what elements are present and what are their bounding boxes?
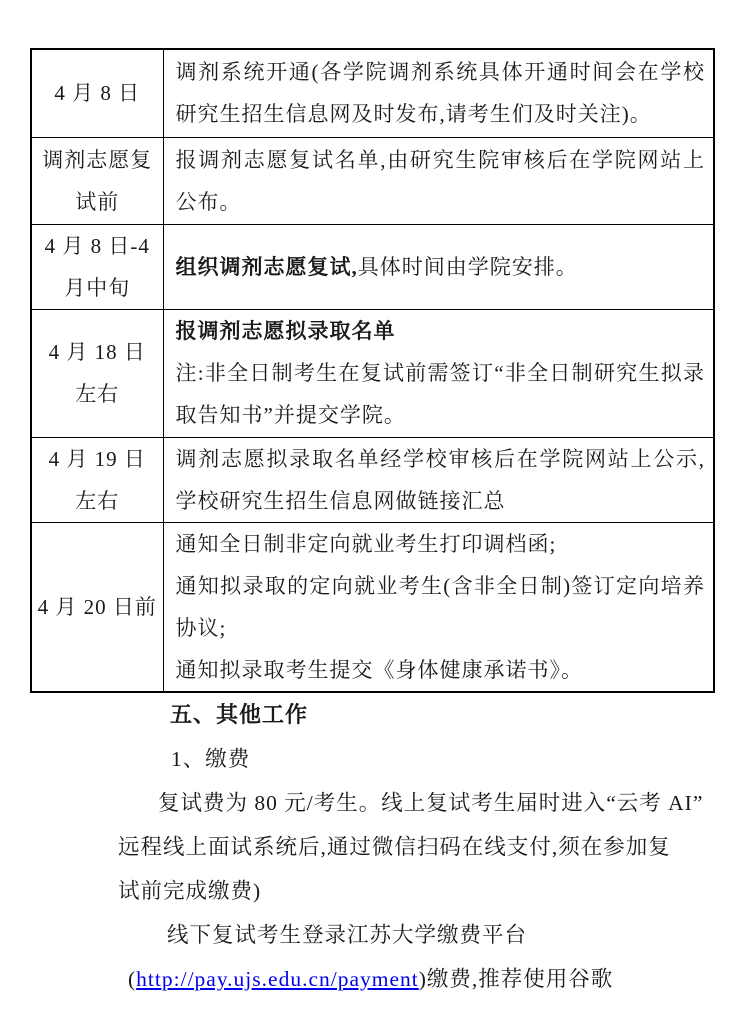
- schedule-content-cell: 报调剂志愿拟录取名单 注:非全日制考生在复试前需签订“非全日制研究生拟录取告知书…: [163, 309, 714, 437]
- date-line: 4 月 20 日前: [34, 586, 161, 628]
- date-line: 左右: [34, 373, 161, 415]
- schedule-date-cell: 4 月 20 日前: [31, 522, 163, 692]
- schedule-text-note: 注:非全日制考生在复试前需签订“非全日制研究生拟录取告知书”并提交学院。: [176, 352, 706, 436]
- table-row: 4 月 18 日 左右 报调剂志愿拟录取名单 注:非全日制考生在复试前需签订“非…: [31, 309, 714, 437]
- schedule-text: 报调剂志愿复试名单,由研究生院审核后在学院网站上公布。: [176, 139, 706, 223]
- payment-paragraph-line: 试前完成缴费): [118, 869, 662, 913]
- schedule-text-item: 通知拟录取考生提交《身体健康承诺书》。: [176, 649, 706, 691]
- subsection-heading-payment: 1、缴费: [118, 737, 662, 781]
- payment-paragraph-line: 复试费为 80 元/考生。线上复试考生届时进入“云考 AI”: [118, 781, 662, 825]
- schedule-date-cell: 4 月 18 日 左右: [31, 309, 163, 437]
- schedule-content-cell: 通知全日制非定向就业考生打印调档函; 通知拟录取的定向就业考生(含非全日制)签订…: [163, 522, 714, 692]
- url-suffix-text: )缴费,推荐使用谷歌: [419, 967, 614, 991]
- date-line: 左右: [34, 480, 161, 522]
- schedule-content-cell: 报调剂志愿复试名单,由研究生院审核后在学院网站上公布。: [163, 137, 714, 224]
- schedule-text-rest: 具体时间由学院安排。: [358, 255, 578, 279]
- table-row: 4 月 8 日 调剂系统开通(各学院调剂系统具体开通时间会在学校研究生招生信息网…: [31, 49, 714, 137]
- schedule-text: 调剂系统开通(各学院调剂系统具体开通时间会在学校研究生招生信息网及时发布,请考生…: [176, 51, 706, 135]
- schedule-text: 调剂志愿拟录取名单经学校审核后在学院网站上公示,学校研究生招生信息网做链接汇总: [176, 438, 706, 522]
- date-line: 调剂志愿复: [34, 139, 161, 181]
- offline-payment-line: 线下复试考生登录江苏大学缴费平台: [118, 913, 662, 957]
- date-line: 4 月 8 日-4: [34, 225, 161, 267]
- schedule-content-cell: 调剂系统开通(各学院调剂系统具体开通时间会在学校研究生招生信息网及时发布,请考生…: [163, 49, 714, 137]
- url-prefix-paren: (: [128, 967, 136, 991]
- payment-paragraph-line: 远程线上面试系统后,通过微信扫码在线支付,须在参加复: [118, 825, 662, 869]
- schedule-text-heading: 报调剂志愿拟录取名单: [176, 310, 706, 352]
- date-line: 4 月 8 日: [34, 72, 161, 114]
- table-row: 4 月 8 日-4 月中旬 组织调剂志愿复试,具体时间由学院安排。: [31, 224, 714, 309]
- table-row: 4 月 20 日前 通知全日制非定向就业考生打印调档函; 通知拟录取的定向就业考…: [31, 522, 714, 692]
- schedule-content-cell: 组织调剂志愿复试,具体时间由学院安排。: [163, 224, 714, 309]
- table-row: 调剂志愿复 试前 报调剂志愿复试名单,由研究生院审核后在学院网站上公布。: [31, 137, 714, 224]
- date-line: 4 月 18 日: [34, 331, 161, 373]
- schedule-content-cell: 调剂志愿拟录取名单经学校审核后在学院网站上公示,学校研究生招生信息网做链接汇总: [163, 437, 714, 522]
- schedule-date-cell: 调剂志愿复 试前: [31, 137, 163, 224]
- section-other-work: 五、其他工作 1、缴费 复试费为 80 元/考生。线上复试考生届时进入“云考 A…: [118, 693, 662, 1001]
- schedule-date-cell: 4 月 8 日-4 月中旬: [31, 224, 163, 309]
- schedule-date-cell: 4 月 19 日 左右: [31, 437, 163, 522]
- date-line: 4 月 19 日: [34, 438, 161, 480]
- date-line: 月中旬: [34, 267, 161, 309]
- schedule-text-item: 通知拟录取的定向就业考生(含非全日制)签订定向培养协议;: [176, 565, 706, 649]
- schedule-text-item: 通知全日制非定向就业考生打印调档函;: [176, 523, 706, 565]
- section-heading: 五、其他工作: [118, 693, 662, 737]
- payment-url-line: (http://pay.ujs.edu.cn/payment)缴费,推荐使用谷歌: [118, 957, 662, 1001]
- table-row: 4 月 19 日 左右 调剂志愿拟录取名单经学校审核后在学院网站上公示,学校研究…: [31, 437, 714, 522]
- schedule-date-cell: 4 月 8 日: [31, 49, 163, 137]
- payment-url-link[interactable]: http://pay.ujs.edu.cn/payment: [136, 967, 419, 991]
- schedule-table: 4 月 8 日 调剂系统开通(各学院调剂系统具体开通时间会在学校研究生招生信息网…: [30, 48, 715, 693]
- schedule-text: 组织调剂志愿复试,具体时间由学院安排。: [176, 246, 706, 288]
- date-line: 试前: [34, 181, 161, 223]
- schedule-text-bold: 组织调剂志愿复试,: [176, 255, 358, 279]
- document-page: 4 月 8 日 调剂系统开通(各学院调剂系统具体开通时间会在学校研究生招生信息网…: [0, 0, 750, 1001]
